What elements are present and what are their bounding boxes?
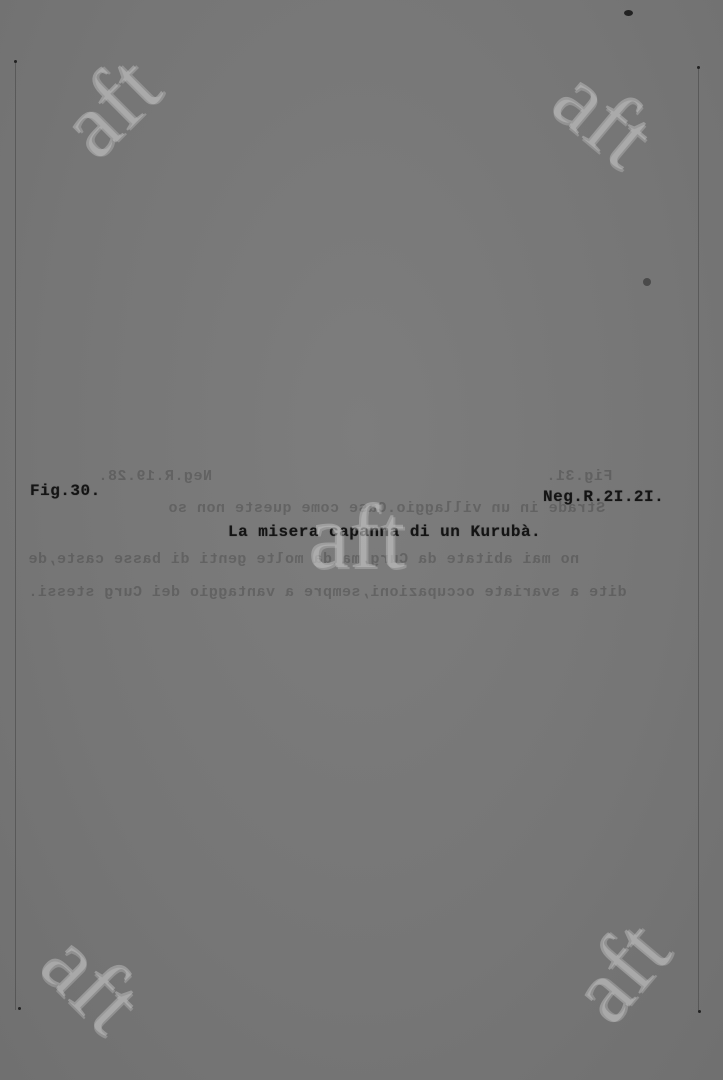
negative-reference: Neg.R.2I.2I. <box>543 488 664 506</box>
watermark-bottom-left: aft <box>26 914 160 1048</box>
watermark-top-right: aft <box>538 50 671 183</box>
watermark-bottom-right: aft <box>552 904 685 1037</box>
bleed-text: Neg.R.19.28. <box>98 468 212 485</box>
right-edge-line <box>698 66 699 1011</box>
dust-speck <box>643 278 651 286</box>
archive-card: Fig.31. Neg.R.19.28. Strade in un villag… <box>0 0 723 1080</box>
watermark-top-left: aft <box>42 39 176 173</box>
watermark-center: aft <box>308 490 405 582</box>
figure-label: Fig.30. <box>30 482 101 500</box>
dust-speck <box>18 1007 21 1010</box>
dust-speck <box>698 1010 701 1013</box>
left-edge-line <box>15 60 16 1010</box>
bleed-text: no mai abitate da Curg,ma da molte genti… <box>28 551 579 568</box>
dust-speck <box>14 60 17 63</box>
dust-speck <box>697 66 700 69</box>
dust-speck <box>624 10 633 16</box>
bleed-text: Fig.31. <box>546 468 613 485</box>
